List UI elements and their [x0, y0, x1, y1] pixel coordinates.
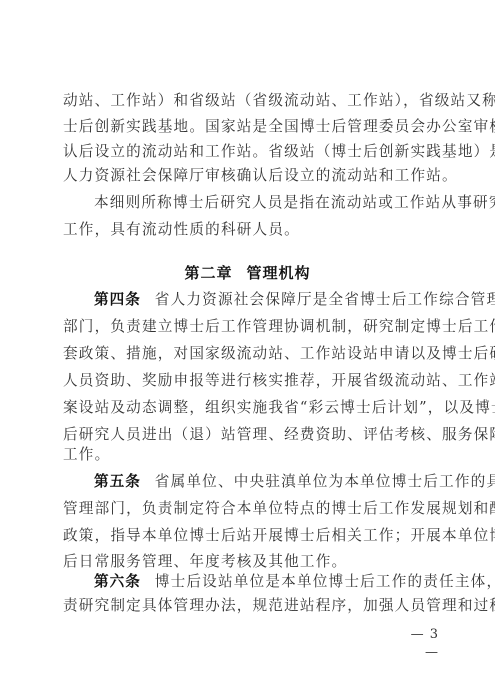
intro-line-1: 动站、工作站）和省级站（省级流动站、工作站），省级站又称博	[63, 91, 439, 111]
article-6-first-text: 博士后设站单位是本单位博士后工作的责任主体，负	[155, 573, 495, 590]
article-6-first-line: 第六条博士后设站单位是本单位博士后工作的责任主体，负	[94, 572, 439, 592]
chapter-number: 第二章	[184, 264, 232, 282]
article-5-line-4: 后日常服务管理、年度考核及其他工作。	[63, 552, 439, 572]
document-page: 动站、工作站）和省级站（省级流动站、工作站），省级站又称博 士后创新实践基地。国…	[0, 0, 495, 700]
page-number: — 3 —	[393, 626, 439, 662]
article-4-line-2: 部门，负责建立博士后工作管理协调机制，研究制定博士后工作配	[63, 317, 439, 337]
definition-line-1: 本细则所称博士后研究人员是指在流动站或工作站从事研究	[94, 193, 439, 213]
article-4-first-text: 省人力资源社会保障厅是全省博士后工作综合管理	[155, 291, 495, 308]
article-4-line-4: 人员资助、奖励申报等进行核实推荐，开展省级流动站、工作站备	[63, 371, 439, 391]
article-5-line-3: 政策，指导本单位博士后站开展博士后相关工作；开展本单位博士	[63, 526, 439, 546]
article-4-line-5: 案设站及动态调整，组织实施我省“彩云博士后计划”，以及博士	[63, 398, 439, 418]
article-4-label: 第四条	[94, 291, 141, 308]
article-6-line-2: 责研究制定具体管理办法，规范进站程序，加强人员管理和过程评	[63, 596, 439, 616]
article-4-first-line: 第四条省人力资源社会保障厅是全省博士后工作综合管理	[94, 290, 439, 310]
article-4-line-6: 后研究人员进出（退）站管理、经费资助、评估考核、服务保障等	[63, 425, 439, 445]
intro-line-2: 士后创新实践基地。国家站是全国博士后管理委员会办公室审核确	[63, 117, 439, 137]
article-5-first-text: 省属单位、中央驻滇单位为本单位博士后工作的具体	[155, 473, 495, 490]
article-5-label: 第五条	[94, 473, 141, 490]
article-5-line-2: 管理部门，负责制定符合本单位特点的博士后工作发展规划和配套	[63, 499, 439, 519]
article-4-line-7: 工作。	[63, 445, 439, 465]
chapter-heading: 第二章管理机构	[0, 263, 495, 283]
intro-line-3: 认后设立的流动站和工作站。省级站（博士后创新实践基地）是省	[63, 142, 439, 162]
intro-line-4: 人力资源社会保障厅审核确认后设立的流动站和工作站。	[63, 166, 439, 186]
article-6-label: 第六条	[94, 573, 141, 590]
chapter-title: 管理机构	[247, 264, 311, 282]
definition-line-2: 工作，具有流动性质的科研人员。	[63, 220, 439, 240]
article-4-line-3: 套政策、措施，对国家级流动站、工作站设站申请以及博士后研究	[63, 344, 439, 364]
article-5-first-line: 第五条省属单位、中央驻滇单位为本单位博士后工作的具体	[94, 472, 439, 492]
